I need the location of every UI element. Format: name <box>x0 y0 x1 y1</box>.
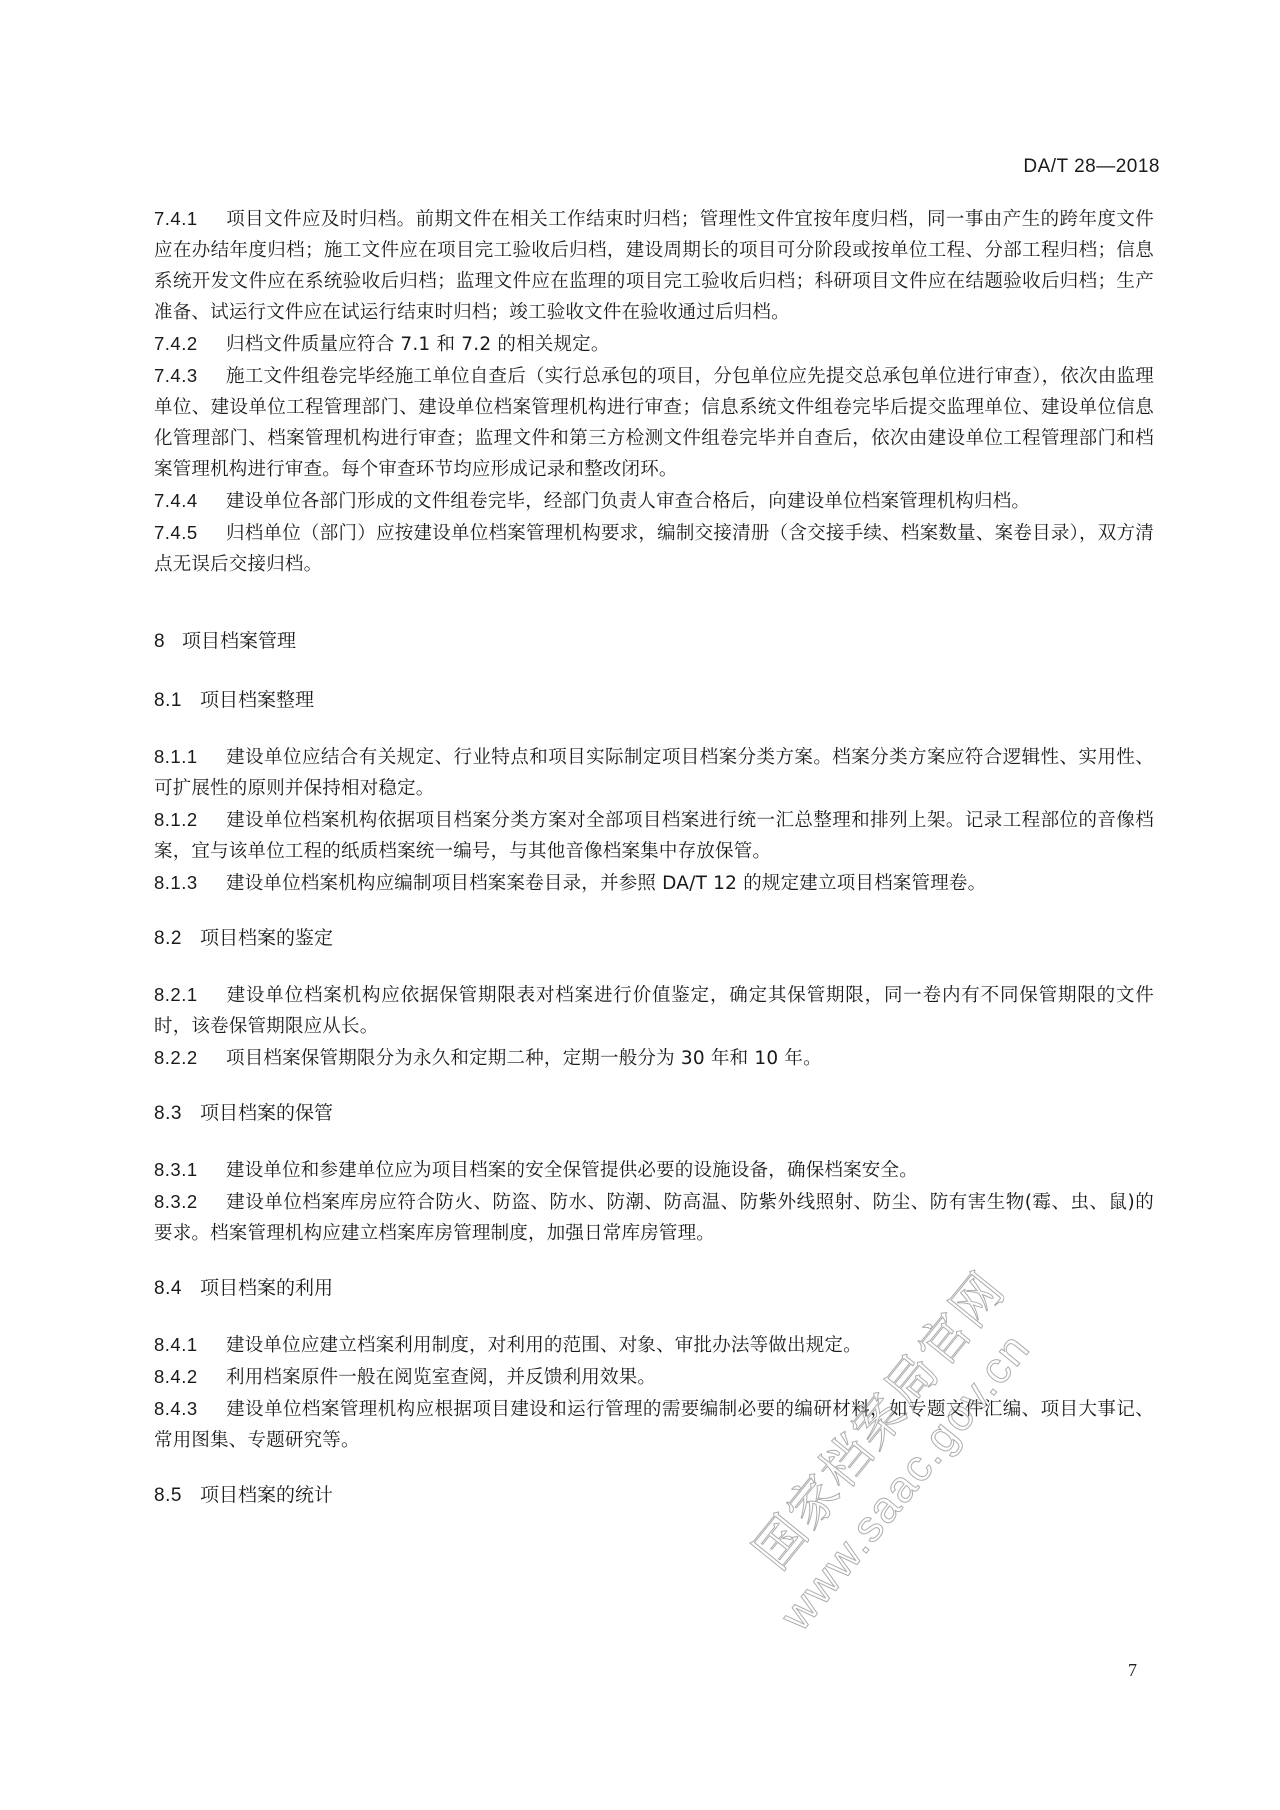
clause-text: 建设单位档案机构应编制项目档案案卷目录，并参照 DA/T 12 的规定建立项目档… <box>226 873 986 894</box>
clause-text: 建设单位和参建单位应为项目档案的安全保管提供必要的设施设备，确保档案安全。 <box>226 1160 918 1181</box>
standard-code-header: DA/T 28—2018 <box>1023 156 1160 178</box>
clause-text: 建设单位各部门形成的文件组卷完毕，经部门负责人审查合格后，向建设单位档案管理机构… <box>226 491 1030 512</box>
document-page: DA/T 28—2018 7.4.1项目文件应及时归档。前期文件在相关工作结束时… <box>0 0 1280 1810</box>
clause-number: 8.2.2 <box>154 1042 226 1073</box>
section-8-5-heading: 8.5项目档案的统计 <box>154 1480 1154 1511</box>
section-8-2-heading: 8.2项目档案的鉴定 <box>154 923 1154 954</box>
clause-number: 7.4.1 <box>154 203 226 234</box>
clause-8-4-3: 8.4.3建设单位档案管理机构应根据项目建设和运行管理的需要编制必要的编研材料，… <box>154 1393 1154 1456</box>
section-number: 8.5 <box>154 1480 200 1511</box>
section-number: 8.4 <box>154 1273 200 1304</box>
section-title: 项目档案的鉴定 <box>200 927 333 949</box>
clause-text: 建设单位档案机构依据项目档案分类方案对全部项目档案进行统一汇总整理和排列上架。记… <box>154 810 1154 862</box>
clause-text: 归档单位（部门）应按建设单位档案管理机构要求，编制交接清册（含交接手续、档案数量… <box>154 523 1154 575</box>
clause-7-4-5: 7.4.5归档单位（部门）应按建设单位档案管理机构要求，编制交接清册（含交接手续… <box>154 517 1154 580</box>
clause-8-3-2: 8.3.2建设单位档案库房应符合防火、防盗、防水、防潮、防高温、防紫外线照射、防… <box>154 1186 1154 1249</box>
clause-number: 8.4.2 <box>154 1361 226 1392</box>
section-title: 项目档案整理 <box>200 689 314 711</box>
clause-8-3-1: 8.3.1建设单位和参建单位应为项目档案的安全保管提供必要的设施设备，确保档案安… <box>154 1154 1154 1186</box>
clause-7-4-1: 7.4.1项目文件应及时归档。前期文件在相关工作结束时归档；管理性文件宜按年度归… <box>154 203 1154 328</box>
section-8-1-heading: 8.1项目档案整理 <box>154 685 1154 716</box>
clause-8-1-1: 8.1.1建设单位应结合有关规定、行业特点和项目实际制定项目档案分类方案。档案分… <box>154 741 1154 804</box>
clause-text: 施工文件组卷完毕经施工单位自查后（实行总承包的项目，分包单位应先提交总承包单位进… <box>154 366 1154 480</box>
section-title: 项目档案的利用 <box>200 1277 333 1299</box>
chapter-number: 8 <box>154 626 182 657</box>
section-number: 8.3 <box>154 1098 200 1129</box>
clause-text: 归档文件质量应符合 7.1 和 7.2 的相关规定。 <box>226 334 610 355</box>
clause-8-2-1: 8.2.1建设单位档案机构应依据保管期限表对档案进行价值鉴定，确定其保管期限，同… <box>154 979 1154 1042</box>
page-number: 7 <box>1128 1660 1137 1681</box>
clause-number: 8.3.1 <box>154 1154 226 1185</box>
section-number: 8.1 <box>154 685 200 716</box>
clause-number: 8.1.2 <box>154 804 226 835</box>
clause-8-4-1: 8.4.1建设单位应建立档案利用制度，对利用的范围、对象、审批办法等做出规定。 <box>154 1329 1154 1361</box>
clause-number: 7.4.3 <box>154 360 226 391</box>
clause-number: 7.4.4 <box>154 485 226 516</box>
chapter-8-heading: 8项目档案管理 <box>154 626 1154 657</box>
clause-text: 建设单位档案库房应符合防火、防盗、防水、防潮、防高温、防紫外线照射、防尘、防有害… <box>154 1192 1154 1244</box>
clause-text: 项目文件应及时归档。前期文件在相关工作结束时归档；管理性文件宜按年度归档，同一事… <box>154 209 1154 323</box>
clause-7-4-3: 7.4.3施工文件组卷完毕经施工单位自查后（实行总承包的项目，分包单位应先提交总… <box>154 360 1154 485</box>
clause-text: 建设单位档案管理机构应根据项目建设和运行管理的需要编制必要的编研材料，如专题文件… <box>154 1399 1154 1451</box>
section-8-3-heading: 8.3项目档案的保管 <box>154 1098 1154 1129</box>
clause-text: 建设单位应建立档案利用制度，对利用的范围、对象、审批办法等做出规定。 <box>226 1335 862 1356</box>
clause-number: 8.3.2 <box>154 1186 226 1217</box>
section-number: 8.2 <box>154 923 200 954</box>
clause-number: 7.4.2 <box>154 328 226 359</box>
clause-text: 建设单位应结合有关规定、行业特点和项目实际制定项目档案分类方案。档案分类方案应符… <box>154 747 1154 799</box>
clause-text: 建设单位档案机构应依据保管期限表对档案进行价值鉴定，确定其保管期限，同一卷内有不… <box>154 985 1154 1037</box>
clause-number: 8.1.1 <box>154 741 226 772</box>
clause-8-1-2: 8.1.2建设单位档案机构依据项目档案分类方案对全部项目档案进行统一汇总整理和排… <box>154 804 1154 867</box>
clause-8-2-2: 8.2.2项目档案保管期限分为永久和定期二种，定期一般分为 30 年和 10 年… <box>154 1042 1154 1074</box>
clause-number: 8.4.1 <box>154 1329 226 1360</box>
clause-number: 8.2.1 <box>154 979 226 1010</box>
chapter-title: 项目档案管理 <box>182 630 296 652</box>
clause-text: 利用档案原件一般在阅览室查阅，并反馈利用效果。 <box>226 1367 656 1388</box>
section-title: 项目档案的保管 <box>200 1102 333 1124</box>
section-8-4-heading: 8.4项目档案的利用 <box>154 1273 1154 1304</box>
clause-text: 项目档案保管期限分为永久和定期二种，定期一般分为 30 年和 10 年。 <box>226 1048 822 1069</box>
clause-7-4-4: 7.4.4建设单位各部门形成的文件组卷完毕，经部门负责人审查合格后，向建设单位档… <box>154 485 1154 517</box>
page-content: 7.4.1项目文件应及时归档。前期文件在相关工作结束时归档；管理性文件宜按年度归… <box>154 203 1154 1536</box>
clause-8-1-3: 8.1.3建设单位档案机构应编制项目档案案卷目录，并参照 DA/T 12 的规定… <box>154 867 1154 899</box>
clause-number: 7.4.5 <box>154 517 226 548</box>
clause-8-4-2: 8.4.2利用档案原件一般在阅览室查阅，并反馈利用效果。 <box>154 1361 1154 1393</box>
section-title: 项目档案的统计 <box>200 1484 333 1506</box>
clause-7-4-2: 7.4.2归档文件质量应符合 7.1 和 7.2 的相关规定。 <box>154 328 1154 360</box>
clause-number: 8.4.3 <box>154 1393 226 1424</box>
clause-number: 8.1.3 <box>154 867 226 898</box>
